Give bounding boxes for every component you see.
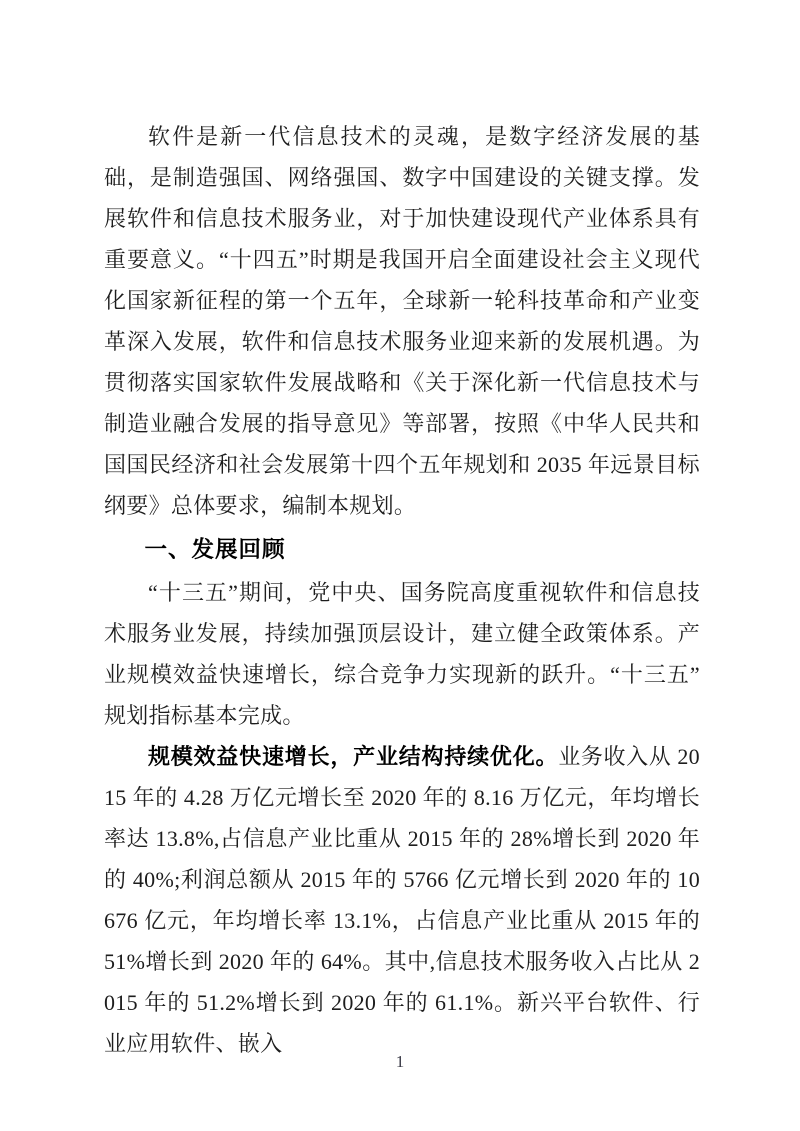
section-heading-development-review: 一、发展回顾 bbox=[104, 529, 700, 570]
document-body: 软件是新一代信息技术的灵魂，是数字经济发展的基础，是制造强国、网络强国、数字中国… bbox=[104, 116, 700, 1064]
growth-paragraph: 规模效益快速增长，产业结构持续优化。业务收入从 2015 年的 4.28 万亿元… bbox=[104, 736, 700, 1064]
intro-paragraph: 软件是新一代信息技术的灵魂，是数字经济发展的基础，是制造强国、网络强国、数字中国… bbox=[104, 116, 700, 526]
growth-paragraph-body: 业务收入从 2015 年的 4.28 万亿元增长至 2020 年的 8.16 万… bbox=[104, 744, 700, 1056]
page-number: 1 bbox=[0, 1050, 800, 1074]
document-page: 软件是新一代信息技术的灵魂，是数字经济发展的基础，是制造强国、网络强国、数字中国… bbox=[0, 0, 800, 1131]
growth-paragraph-bold-lead: 规模效益快速增长，产业结构持续优化。 bbox=[148, 744, 558, 769]
review-paragraph: “十三五”期间，党中央、国务院高度重视软件和信息技术服务业发展，持续加强顶层设计… bbox=[104, 572, 700, 736]
